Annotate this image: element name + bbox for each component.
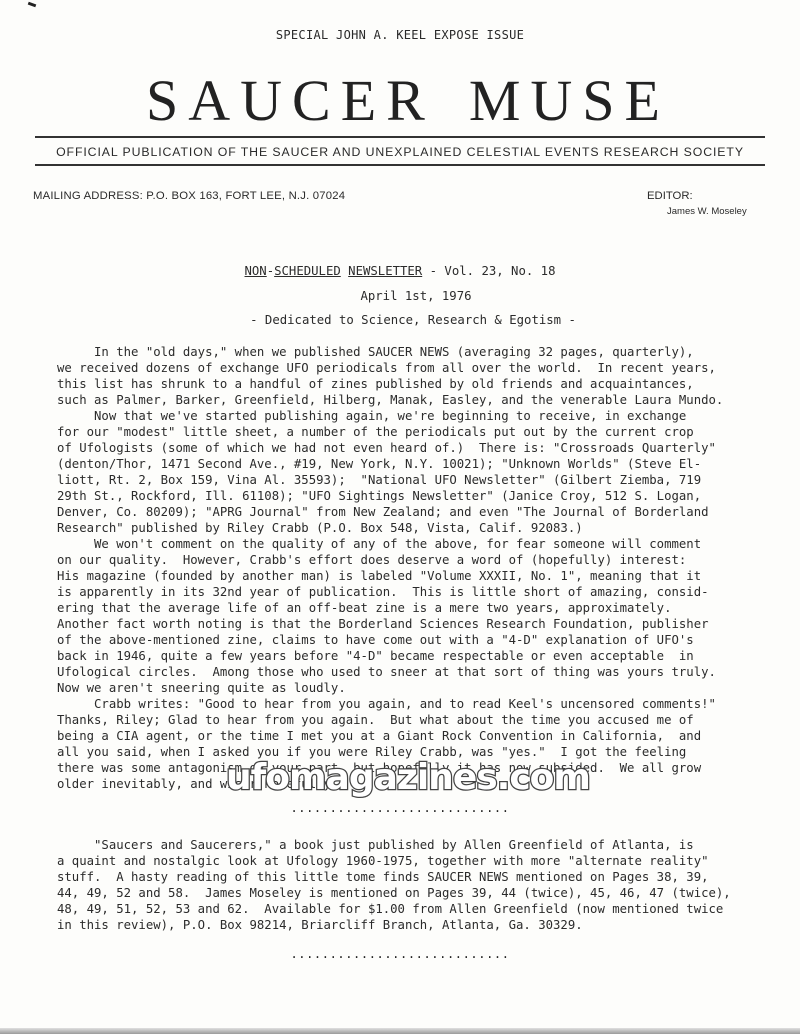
newsletter-title: NON-SCHEDULED NEWSLETTER - Vol. 23, No. … <box>0 264 800 278</box>
scan-bottom-edge <box>0 1028 800 1034</box>
scan-mark <box>28 2 37 8</box>
special-issue-line: SPECIAL JOHN A. KEEL EXPOSE ISSUE <box>0 28 800 42</box>
masthead-rule-top <box>35 136 765 138</box>
masthead-word-muse: MUSE <box>469 68 670 133</box>
masthead-title: SAUCERMUSE <box>146 72 676 130</box>
masthead-word-saucer: SAUCER <box>146 68 435 133</box>
dotted-separator-end: ............................ <box>0 947 800 961</box>
dedication-line: - Dedicated to Science, Research & Egoti… <box>0 313 800 327</box>
title-scheduled: SCHEDULED <box>274 264 341 278</box>
paragraph-periodicals: Now that we've started publishing again,… <box>57 408 787 536</box>
mailing-address: MAILING ADDRESS: P.O. BOX 163, FORT LEE,… <box>33 190 345 202</box>
paragraph-saucers-and-saucerers: "Saucers and Saucerers," a book just pub… <box>57 837 787 933</box>
paragraph-quality: We won't comment on the quality of any o… <box>57 536 787 696</box>
title-non: NON <box>245 264 267 278</box>
volume-number: - Vol. 23, No. 18 <box>422 264 555 278</box>
masthead-rule-bottom <box>35 164 765 166</box>
issue-date: April 1st, 1976 <box>0 289 800 303</box>
editor-label: EDITOR: <box>647 190 693 202</box>
editor-name: James W. Moseley <box>667 206 747 217</box>
title-newsletter: NEWSLETTER <box>348 264 422 278</box>
masthead-subtitle: OFFICIAL PUBLICATION OF THE SAUCER AND U… <box>35 145 765 159</box>
paragraph-old-days: In the "old days," when we published SAU… <box>57 344 787 408</box>
newsletter-page: SPECIAL JOHN A. KEEL EXPOSE ISSUE SAUCER… <box>0 0 800 1034</box>
site-watermark: ufomagazines.com <box>226 757 590 798</box>
dotted-separator: ............................ <box>0 801 800 815</box>
